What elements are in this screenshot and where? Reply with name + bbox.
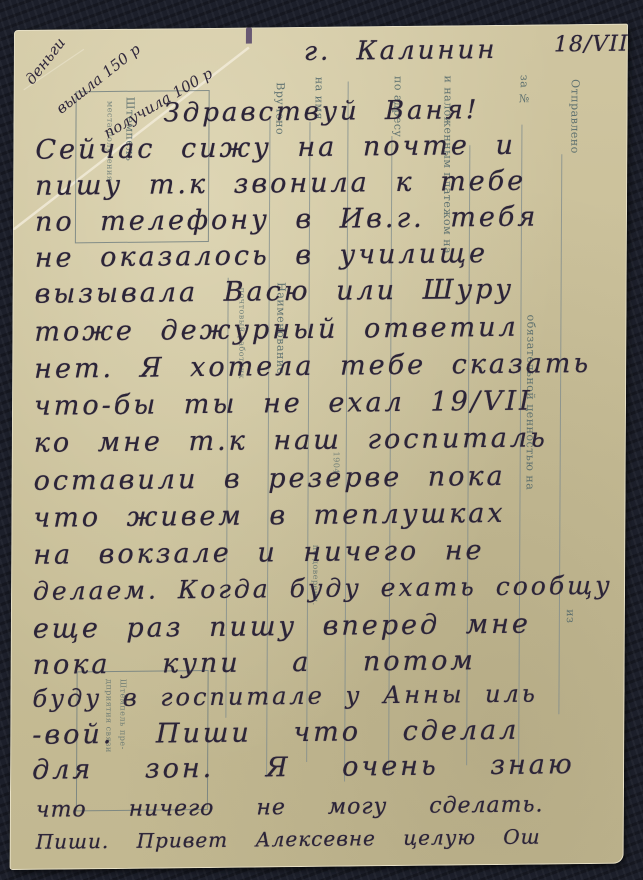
body-line: буду в госпитале у Анны иль bbox=[32, 680, 538, 713]
body-line: пишу т.к звонила к тебе bbox=[35, 166, 526, 202]
body-line: еще раз пишу вперед мне bbox=[33, 609, 531, 645]
form-label-otpravleno: Отправлено bbox=[568, 79, 581, 154]
body-line: Пиши. Привет Алексевне целую Ош bbox=[36, 824, 541, 853]
form-label-iz: из bbox=[564, 609, 577, 623]
body-line: на вокзале и ничего не bbox=[33, 535, 484, 571]
form-rule bbox=[558, 154, 562, 714]
postcard: Штемпель места получения Штемпель пре- д… bbox=[10, 24, 628, 870]
location: г. Калинин bbox=[304, 35, 498, 67]
body-line: что-бы ты не ехал 19/VII bbox=[34, 386, 533, 422]
greeting: Здравствуй Ваня! bbox=[163, 95, 479, 128]
body-line: ко мне т.к наш госпиталь bbox=[34, 422, 548, 458]
body-line: нет. Я хотела тебе сказать bbox=[34, 348, 591, 385]
body-line: по телефону в Ив.г. тебя bbox=[35, 202, 538, 238]
body-line: тоже дежурный ответил bbox=[34, 312, 518, 348]
margin-note-line-1: деньги bbox=[22, 34, 69, 88]
body-line: что ничего не могу сделать. bbox=[36, 792, 544, 822]
body-line: вызывала Васю или Шуру bbox=[35, 274, 515, 310]
body-line: Сейчас сижу на почте и bbox=[35, 130, 516, 166]
ink-blot bbox=[246, 28, 252, 44]
form-label-za-nomer: за № bbox=[518, 75, 531, 106]
body-line: оставили в резерве пока bbox=[34, 461, 506, 497]
body-line: делаем. Когда буду ехать сообщу bbox=[33, 571, 613, 606]
body-line: -вой. Пиши что сделал bbox=[32, 715, 519, 751]
body-line: что живем в теплушках bbox=[33, 498, 505, 534]
date: 18/VII bbox=[554, 32, 628, 58]
body-line: не оказалось в училище bbox=[35, 238, 488, 274]
body-line: пока купи а потом bbox=[33, 645, 476, 681]
body-line: для зон. Я очень знаю bbox=[32, 749, 575, 786]
